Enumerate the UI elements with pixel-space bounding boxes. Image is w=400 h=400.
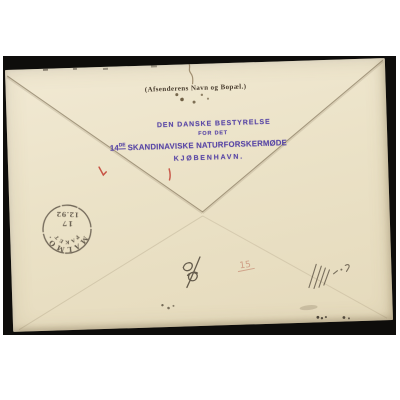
flap-fold-lines bbox=[7, 60, 391, 330]
handstamp-line-3-text: SKANDINAVISKE NATURFORSKERMØDE bbox=[127, 138, 287, 152]
bottom-smudges bbox=[161, 298, 350, 325]
malmo-postmark: MALMÖ. PAKET 17 12.92 bbox=[38, 200, 96, 258]
handstamp-ordinal-number: 14 bbox=[110, 143, 119, 152]
red-crayon-marks bbox=[99, 165, 170, 182]
pencil-number: 15 bbox=[237, 259, 255, 271]
envelope-markings-layer: 15 bbox=[5, 58, 393, 332]
envelope-back: 15 (Afsenderens Navn og Bopæl.) bbox=[5, 58, 393, 332]
pencil-squiggle bbox=[183, 257, 201, 288]
postmark-date: 12.92 bbox=[56, 210, 79, 219]
pencil-hatch-marks bbox=[308, 263, 350, 288]
postmark-day: 17 bbox=[61, 219, 73, 228]
handstamp-ordinal-suffix: DE bbox=[119, 142, 126, 149]
